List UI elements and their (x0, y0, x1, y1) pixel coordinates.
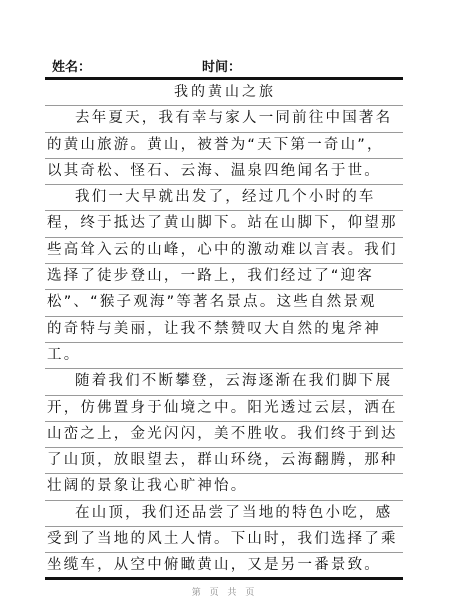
essay-line: 我们一大早就出发了，经过几个小时的车 (45, 185, 403, 211)
essay-line: 些高耸入云的山峰，心中的激动难以言表。我们 (45, 238, 403, 264)
essay-line: 了山顶，放眼望去，群山环绕，云海翻腾，那种 (45, 448, 403, 474)
essay-lined-paper: 我的黄山之旅 去年夏天，我有幸与家人一同前往中国著名 的黄山旅游。黄山，被誉为“… (45, 80, 403, 580)
essay-line: 工。 (45, 343, 403, 369)
essay-line: 的黄山旅游。黄山，被誉为“天下第一奇山”， (45, 133, 403, 159)
essay-line: 随着我们不断攀登，云海逐渐在我们脚下展 (45, 369, 403, 395)
time-label: 时间： (202, 56, 241, 75)
worksheet-header: 姓名： 时间： (52, 56, 402, 74)
essay-line: 程，终于抵达了黄山脚下。站在山脚下，仰望那 (45, 211, 403, 237)
essay-line: 开，仿佛置身于仙境之中。阳光透过云层，洒在 (45, 396, 403, 422)
essay-line: 以其奇松、怪石、云海、温泉四绝闻名于世。 (45, 159, 403, 185)
essay-line: 坐缆车，从空中俯瞰黄山，又是另一番景致。 (45, 553, 403, 579)
essay-line: 松”、“猴子观海”等著名景点。这些自然景观 (45, 290, 403, 316)
name-label: 姓名： (52, 56, 91, 75)
essay-title: 我的黄山之旅 (45, 80, 403, 106)
essay-line: 选择了徒步登山，一路上，我们经过了“迎客 (45, 264, 403, 290)
essay-line: 去年夏天，我有幸与家人一同前往中国著名 (45, 106, 403, 132)
essay-line: 壮阔的景象让我心旷神怡。 (45, 474, 403, 500)
essay-line: 的奇特与美丽，让我不禁赞叹大自然的鬼斧神 (45, 317, 403, 343)
essay-line: 受到了当地的风土人情。下山时，我们选择了乘 (45, 527, 403, 553)
essay-line: 在山顶，我们还品尝了当地的特色小吃，感 (45, 501, 403, 527)
page-footer: 第 页 共 页 (0, 585, 449, 598)
essay-line: 山峦之上，金光闪闪，美不胜收。我们终于到达 (45, 422, 403, 448)
